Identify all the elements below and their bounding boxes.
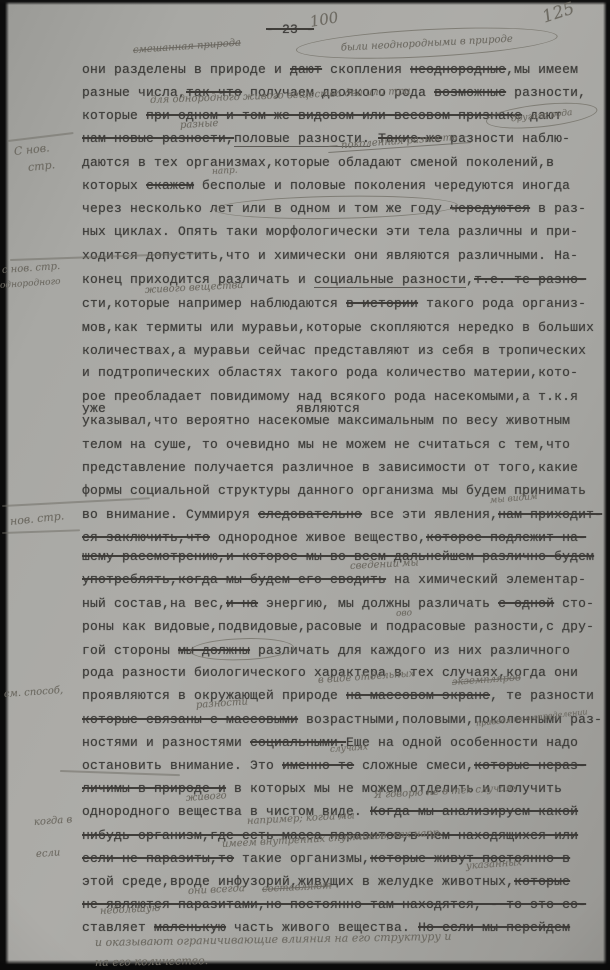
pencil-circle-annotation [214, 194, 458, 221]
handwritten-annotation: на его количество. [95, 954, 208, 969]
typed-text: представление получается различное в зав… [82, 460, 578, 475]
typed-line: нам новые разности,половые разности. Так… [82, 131, 570, 146]
typed-line: даются в тех организмах,которые обладают… [82, 155, 554, 170]
struck-text: возможные [434, 85, 506, 100]
typed-text: такие организмы, [234, 851, 370, 866]
struck-text: которые нераз- [474, 758, 586, 773]
struck-text: именно те [282, 758, 354, 773]
typed-text: бесполые и половые поколения чередуются … [194, 178, 570, 193]
typed-line: ный состав,на вес,и на энергию, мы должн… [82, 596, 594, 611]
typed-insert: - 23 - [266, 22, 314, 37]
typed-text: такого рода организ- [418, 296, 586, 311]
typed-text: гой стороны [82, 643, 178, 658]
struck-text: нам приходит- [498, 507, 602, 522]
handwritten-annotation: случаях [330, 742, 369, 755]
struck-text: нам новые разности, [82, 131, 234, 146]
typed-text: сложные смеси, [354, 758, 474, 773]
struck-text: ся заключить,что [82, 530, 210, 545]
typed-text: телом на суше, то очевидно мы не можем н… [82, 437, 570, 452]
struck-text: которые [514, 874, 570, 889]
typed-text: даются в тех организмах,которые обладают… [82, 155, 554, 170]
typed-text: и подтропических областях такого рода ко… [82, 365, 578, 380]
struck-text: которое подлежит на- [426, 530, 586, 545]
scan-edge-bottom [0, 960, 610, 970]
margin-note: нов. стр. [9, 509, 64, 528]
margin-note: с нов. стр. [2, 261, 61, 276]
margin-note: см. способ, [4, 685, 64, 700]
typed-line: количествах,а муравьи сейчас представляю… [82, 343, 586, 358]
handwritten-annotation: небольшую [100, 903, 161, 917]
scan-edge-right [603, 0, 610, 970]
struck-text: употреблять,когда мы будем его сводить [82, 572, 386, 587]
struck-text: дают [290, 62, 322, 77]
typed-text: роны как видовые,подвидовые,расовые и по… [82, 619, 594, 634]
typed-text: все эти явления, [362, 507, 498, 522]
typed-line: мов,как термиты или муравьи,которые скоп… [82, 320, 594, 335]
margin-note: если [36, 847, 61, 860]
typed-line: сти,которые например наблюдаются в истор… [82, 296, 586, 311]
struck-text: скажем [146, 178, 194, 193]
pencil-circle-annotation: были неоднородными в природе [295, 22, 558, 64]
handwritten-annotation: они всегда [188, 883, 245, 897]
typed-line: ных циклах. Опять таки морфологически эт… [82, 224, 578, 239]
typed-text: остановить внимание. Это [82, 758, 282, 773]
struck-text: на массовом экране [346, 688, 490, 703]
typed-text: Еще на одной особенности надо [346, 735, 578, 750]
typed-line: употреблять,когда мы будем его сводить н… [82, 572, 586, 587]
typed-text: на химический элементар- [386, 572, 586, 587]
typed-line: они разделены в природе и дают скопления… [82, 62, 578, 77]
typed-text: количествах,а муравьи сейчас представляю… [82, 343, 586, 358]
typed-text: скопления [322, 62, 410, 77]
margin-note: однородного [0, 277, 61, 291]
typed-text: мов,как термиты или муравьи,которые скоп… [82, 320, 594, 335]
typed-text: ставляет [82, 920, 154, 935]
pencil-stroke [8, 132, 74, 142]
struck-text: т.е. те разно- [474, 272, 586, 287]
typed-text: ностями и разностями [82, 735, 250, 750]
typed-text: , [466, 272, 474, 287]
typed-line: во внимание. Суммируя следовательно все … [82, 507, 602, 522]
typed-line: представление получается различное в зав… [82, 460, 578, 475]
struck-text: в истории [346, 296, 418, 311]
handwritten-annotation: разные [180, 118, 219, 131]
typed-text: они разделены в природе и [82, 62, 290, 77]
typed-text: в раз- [530, 201, 586, 216]
margin-note: стр. [27, 158, 55, 174]
handwritten-annotation: 100 [308, 8, 339, 31]
pencil-stroke [2, 529, 80, 533]
handwritten-annotation: напр. [212, 166, 238, 177]
struck-text: которые связаны с массовыми [82, 712, 298, 727]
typed-text: однородное живое вещество, [210, 530, 426, 545]
handwritten-annotation: составляют [262, 880, 332, 895]
typed-text: энергию, мы должны различать [258, 596, 498, 611]
typed-line: шему рассмотрению,и которое мы во всем д… [82, 549, 594, 564]
handwritten-annotation: живого [186, 790, 227, 804]
typed-line: проявляются в окружающей природе на масс… [82, 688, 594, 703]
struck-text: и на [226, 596, 258, 611]
typed-text: сти,которые например наблюдаются [82, 296, 346, 311]
typed-line: которых скажем бесполые и половые поколе… [82, 178, 570, 193]
pencil-circle-annotation: другого рода [485, 98, 599, 133]
struck-text: следовательно [258, 507, 362, 522]
struck-text: маленькую [154, 920, 226, 935]
handwritten-annotation: ово [396, 608, 413, 619]
typed-line: роны как видовые,подвидовые,расовые и по… [82, 619, 594, 634]
scanned-document-page: они разделены в природе и дают скопления… [0, 0, 610, 970]
typed-text: разности, [506, 85, 586, 100]
pencil-stroke [2, 497, 150, 506]
handwritten-annotation: сведении мы [350, 557, 419, 572]
typed-text: которые [82, 108, 146, 123]
typed-text: ходится допустить,что и химически они яв… [82, 248, 578, 263]
typed-insert: являются [296, 401, 360, 416]
struck-text: шему рассмотрению,и которое мы во всем д… [82, 549, 594, 564]
handwritten-annotation: смешанная природа [133, 37, 242, 56]
handwritten-annotation: разности [196, 696, 249, 711]
scan-edge-left [0, 0, 9, 970]
typed-line: телом на суше, то очевидно мы не можем н… [82, 437, 570, 452]
typed-line: гой стороны мы должны различать для кажд… [82, 643, 570, 658]
typed-line: ся заключить,что однородное живое вещест… [82, 530, 586, 545]
margin-note: С нов. [13, 141, 50, 158]
typed-text: ,мы имеем [506, 62, 578, 77]
struck-text: Когда мы анализируем какой [370, 804, 578, 819]
typed-text: сто- [554, 596, 594, 611]
struck-text: чередуются [450, 201, 530, 216]
typed-text: которых [82, 178, 146, 193]
typed-text: во внимание. Суммируя [82, 507, 258, 522]
typed-text: ных циклах. Опять таки морфологически эт… [82, 224, 578, 239]
typed-text: различать для каждого из них различного [250, 643, 570, 658]
typed-text: ный состав,на вес, [82, 596, 226, 611]
struck-text: с одной [498, 596, 554, 611]
pencil-circle-annotation [190, 636, 295, 662]
typed-line: и подтропических областях такого рода ко… [82, 365, 578, 380]
margin-note: когда в [34, 814, 73, 828]
typed-insert: уже [82, 401, 106, 416]
struck-text: неоднородные [410, 62, 506, 77]
underlined-text: социальные разности [314, 272, 466, 288]
scan-edge-top [0, 0, 610, 5]
struck-text: если не паразиты,то [82, 851, 234, 866]
typed-text: , те разности [490, 688, 594, 703]
typed-line: остановить внимание. Это именно те сложн… [82, 758, 586, 773]
typed-line: ходится допустить,что и химически они яв… [82, 248, 578, 263]
